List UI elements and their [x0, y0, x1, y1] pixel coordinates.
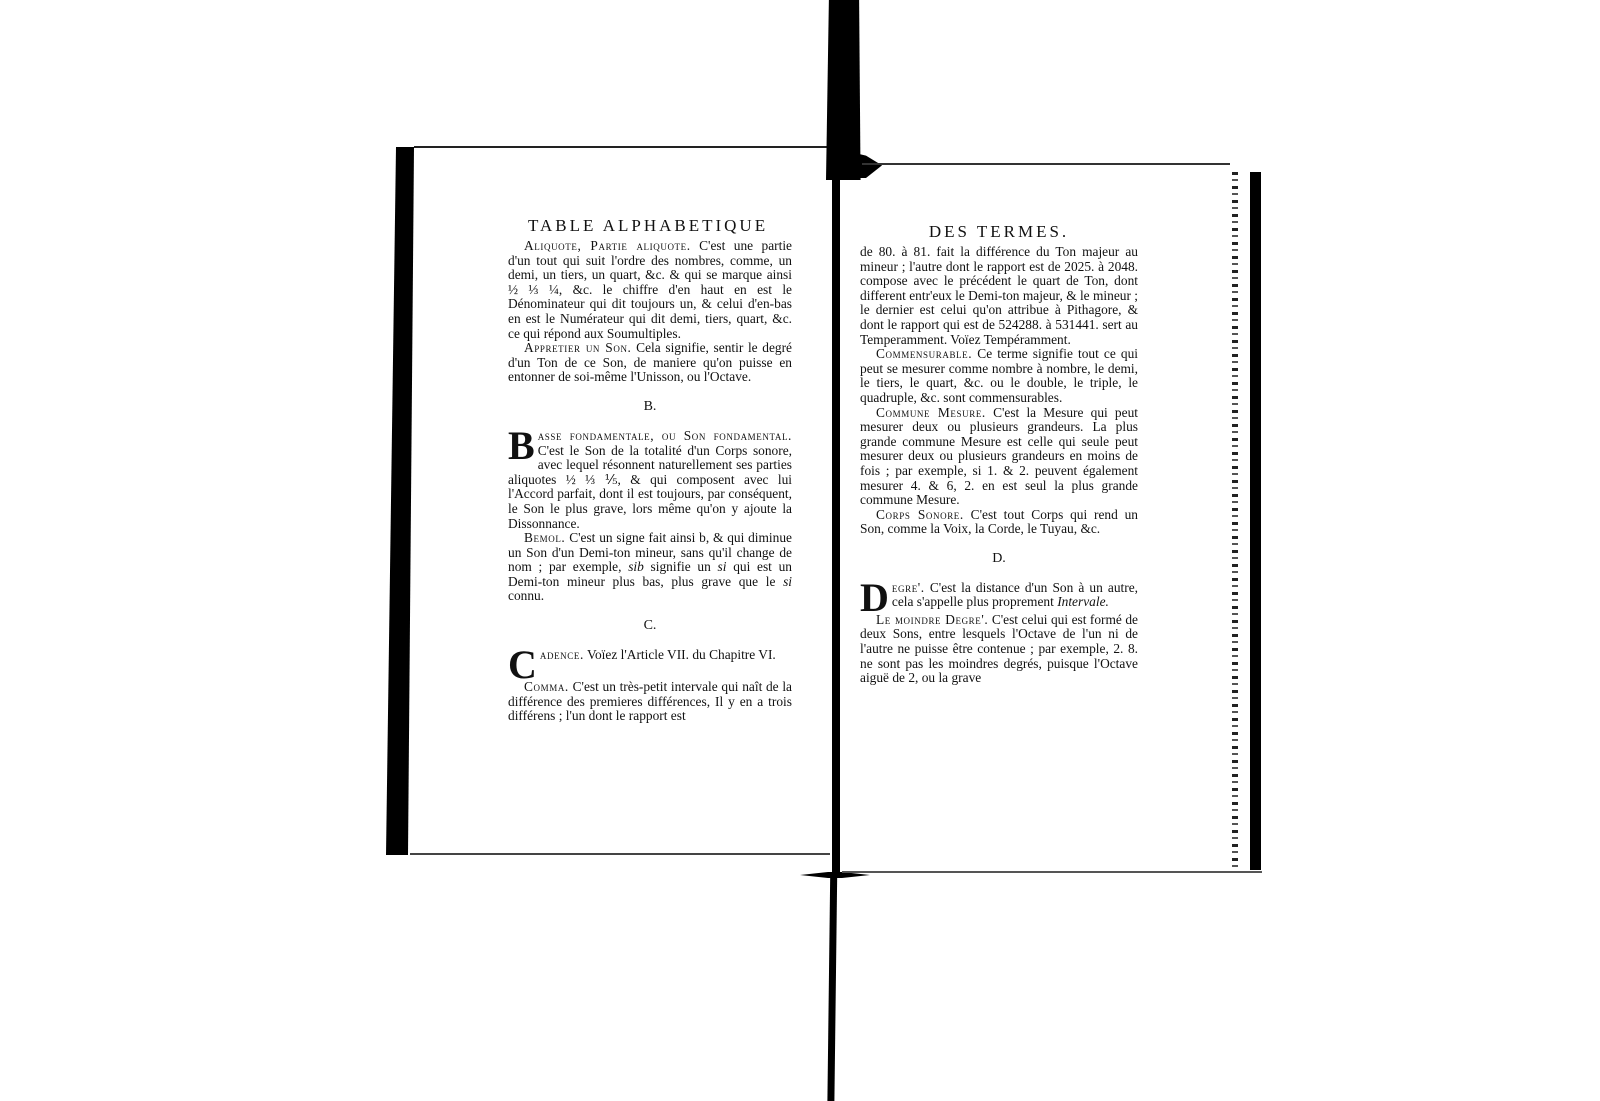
dropcap-b: B: [508, 431, 535, 461]
gutter-shadow-bottom: [826, 875, 840, 1101]
book-scan: TABLE ALPHABETIQUE Aliquote, Partie aliq…: [0, 0, 1600, 1101]
entry-text: C'est la Mesure qui peut mesurer deux ou…: [860, 405, 1138, 508]
section-letter-d: D.: [860, 551, 1138, 567]
gutter-spine: [832, 175, 840, 875]
entry-term: adence.: [540, 647, 584, 662]
entry-term: Bemol.: [524, 530, 565, 545]
entry-term: Appretier un Son.: [524, 340, 632, 355]
entry-text: signifie un: [651, 559, 711, 574]
entry-text: C'est le Son de la totalité d'un Corps s…: [508, 443, 792, 531]
entry-appretier: Appretier un Son. Cela signifie, sentir …: [508, 341, 792, 385]
italic-term: si: [783, 574, 792, 589]
entry-term: Aliquote, Partie aliquote.: [524, 238, 691, 253]
running-head-right: DES TERMES.: [860, 222, 1138, 242]
left-page-bottom-edge: [410, 853, 830, 855]
entry-term: Commensurable.: [876, 346, 972, 361]
entry-aliquote: Aliquote, Partie aliquote. C'est une par…: [508, 239, 792, 341]
right-page-top-edge: [862, 163, 1230, 165]
dropcap-c: C: [508, 650, 537, 680]
running-head-left: TABLE ALPHABETIQUE: [508, 216, 792, 236]
italic-term: Intervale.: [1057, 594, 1109, 609]
right-page: DES TERMES. de 80. à 81. fait la différe…: [860, 222, 1138, 686]
entry-commune-mesure: Commune Mesure. C'est la Mesure qui peut…: [860, 406, 1138, 508]
section-letter-b: B.: [508, 399, 792, 415]
entry-corps-sonore: Corps Sonore. C'est tout Corps qui rend …: [860, 508, 1138, 537]
left-cover-edge: [386, 147, 414, 855]
italic-term: si: [718, 559, 727, 574]
right-page-bottom-edge: [842, 871, 1262, 873]
entry-text: Voïez l'Article VII. du Chapitre VI.: [587, 647, 776, 662]
entry-cadence: Cadence. Voïez l'Article VII. du Chapitr…: [508, 648, 792, 663]
entry-term: asse fondamentale, ou Son fondamental.: [538, 428, 792, 443]
entry-term: Commune Mesure.: [876, 405, 986, 420]
entry-moindre-degre: Le moindre Degre'. C'est celui qui est f…: [860, 613, 1138, 686]
entry-degre: Degre'. C'est la distance d'un Son à un …: [860, 581, 1138, 610]
entry-comma-continued: de 80. à 81. fait la différence du Ton m…: [860, 245, 1138, 347]
entry-bemol: Bemol. C'est un signe fait ainsi b, & qu…: [508, 531, 792, 604]
entry-commensurable: Commensurable. Ce terme signifie tout ce…: [860, 347, 1138, 405]
entry-text: C'est une partie d'un tout qui suit l'or…: [508, 238, 792, 341]
dropcap-d: D: [860, 583, 889, 613]
right-cover-edge: [1250, 172, 1261, 870]
right-fore-edge: [1232, 172, 1238, 870]
entry-basse-fondamentale: Basse fondamentale, ou Son fondamental. …: [508, 429, 792, 531]
entry-comma: Comma. C'est un très-petit intervale qui…: [508, 680, 792, 724]
left-page: TABLE ALPHABETIQUE Aliquote, Partie aliq…: [508, 216, 792, 724]
left-page-top-edge: [414, 146, 834, 148]
entry-term: egre'.: [892, 580, 925, 595]
section-letter-c: C.: [508, 618, 792, 634]
entry-term: Le moindre Degre'.: [876, 612, 988, 627]
entry-term: Corps Sonore.: [876, 507, 964, 522]
entry-text: de 80. à 81. fait la différence du Ton m…: [860, 245, 1138, 347]
italic-term: sib: [628, 559, 644, 574]
entry-text: connu.: [508, 588, 544, 603]
